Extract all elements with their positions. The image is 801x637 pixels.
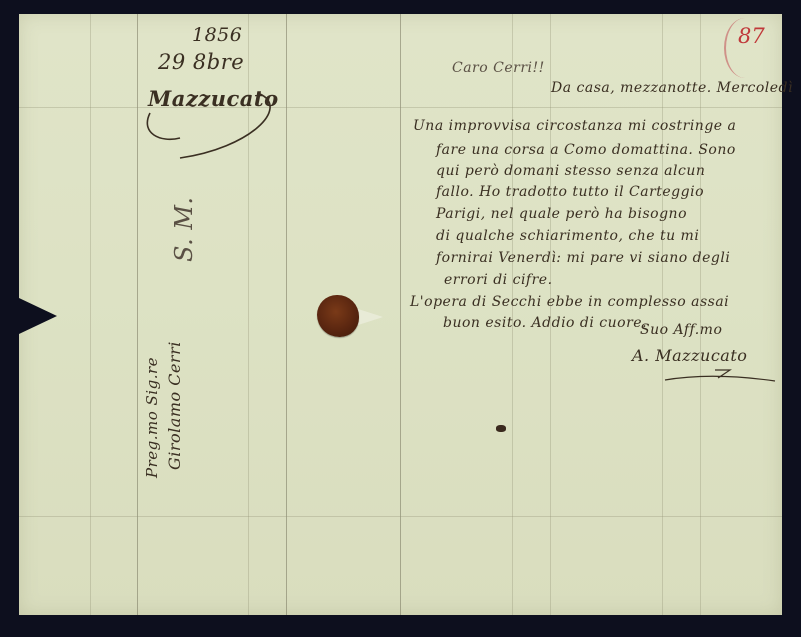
body-line: Parigi, nel quale però ha bisogno: [436, 206, 687, 222]
fold-line: [137, 14, 138, 615]
closing: Suo Aff.mo: [640, 322, 722, 338]
body-line: buon esito. Addio di cuore.: [443, 315, 647, 331]
body-line: errori di cifre.: [444, 272, 553, 288]
docket-date: 29 8bre: [158, 50, 244, 74]
fold-line: [90, 14, 91, 615]
archive-number: 87: [738, 24, 765, 48]
wax-seal: [317, 295, 359, 337]
body-line: fallo. Ho tradotto tutto il Carteggio: [436, 184, 704, 200]
fold-line: [662, 14, 663, 615]
fold-line: [400, 14, 401, 615]
address-line-1: Preg.mo Sig.re: [143, 357, 161, 478]
ink-blot: [496, 425, 506, 432]
body-line: L'opera di Secchi ebbe in complesso assa…: [410, 294, 729, 310]
fold-line: [286, 14, 287, 615]
docket-year: 1856: [192, 24, 242, 46]
body-line: fornirai Venerdì: mi pare vi siano degli: [436, 250, 730, 266]
address-line-2: Girolamo Cerri: [165, 341, 184, 470]
body-line: qui però domani stesso senza alcun: [436, 163, 705, 179]
fold-line: [700, 14, 701, 615]
signature-underline: [660, 366, 780, 386]
fold-line: [19, 516, 782, 517]
torn-notch: [19, 298, 57, 334]
place-date: Da casa, mezzanotte. Mercoledì: [551, 80, 793, 96]
signature-flourish: [140, 88, 280, 168]
salutation: Caro Cerri!!: [452, 60, 545, 76]
fold-line: [19, 107, 782, 108]
body-line: Una improvvisa circostanza mi costringe …: [413, 118, 736, 134]
letter-sheet: [19, 14, 782, 615]
seal-paper-tab: [355, 308, 383, 326]
body-line: di qualche schiarimento, che tu mi: [436, 228, 699, 244]
signature: A. Mazzucato: [632, 346, 747, 365]
docket-initials: S. M.: [170, 196, 198, 262]
body-line: fare una corsa a Como domattina. Sono: [436, 142, 736, 158]
